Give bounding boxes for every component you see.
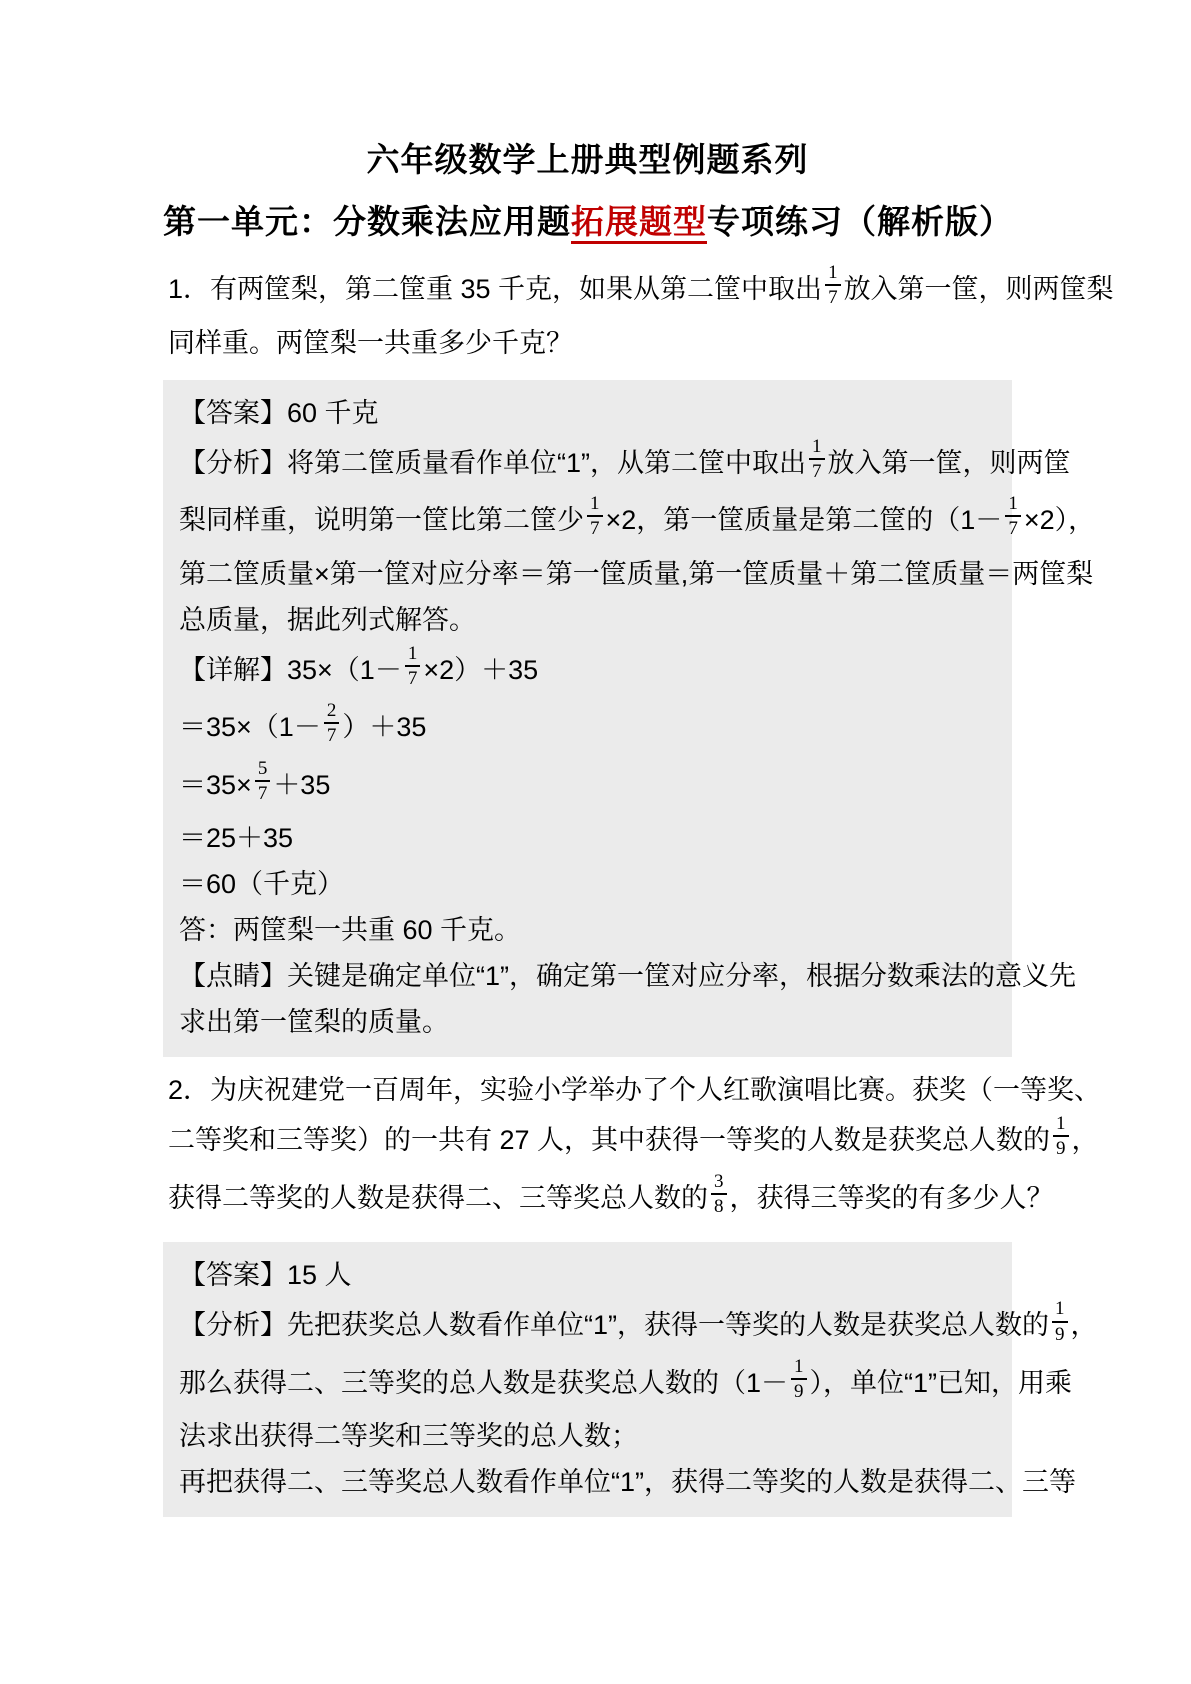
document-page: 六年级数学上册典型例题系列 第一单元：分数乘法应用题拓展题型专项练习（解析版） … (0, 0, 1191, 1684)
fraction: 38 (711, 1171, 727, 1218)
text-line: 【答案】60 千克 (179, 390, 998, 436)
text-run: 求出第一筐梨的质量。 (179, 1007, 449, 1037)
fraction-denominator: 7 (809, 460, 825, 482)
subtitle-highlight: 拓展题型 (571, 203, 707, 244)
text-line: 【点睛】关键是确定单位“1”，确定第一筐对应分率，根据分数乘法的意义先 (179, 953, 998, 999)
text-line: 再把获得二、三等奖总人数看作单位“1”，获得二等奖的人数是获得二、三等 (179, 1459, 998, 1505)
fraction-denominator: 7 (324, 724, 340, 746)
text-run: ＝35× (179, 770, 252, 800)
text-line: 第二筐质量×第一筐对应分率＝第一筐质量,第一筐质量＋第二筐质量＝两筐梨 (179, 551, 998, 597)
text-run: 1．有两筐梨，第二筐重 35 千克，如果从第二筐中取出 (168, 274, 822, 304)
fraction-denominator: 7 (1005, 517, 1021, 539)
fraction-denominator: 8 (711, 1195, 727, 1217)
fraction-denominator: 9 (791, 1380, 807, 1402)
problem-2-question: 2．为庆祝建党一百周年，实验小学举办了个人红歌演唱比赛。获奖（一等奖、二等奖和三… (163, 1067, 1012, 1228)
fraction: 17 (1005, 493, 1021, 540)
fraction-denominator: 9 (1053, 1137, 1069, 1159)
text-line: ＝60（千克） (179, 861, 998, 907)
fraction-numerator: 3 (711, 1171, 727, 1195)
text-run: 同样重。两筐梨一共重多少千克？ (168, 328, 573, 358)
text-line: 梨同样重，说明第一筐比第二筐少17×2，第一筐质量是第二筐的（1－17×2）， (179, 493, 998, 551)
text-run: ＝35×（1－ (179, 712, 321, 742)
text-run: ＋35 (273, 770, 330, 800)
subtitle-suffix: 专项练习（解析版） (707, 203, 1013, 240)
text-run: 法求出获得二等奖和三等奖的总人数； (179, 1421, 638, 1451)
text-line: 1．有两筐梨，第二筐重 35 千克，如果从第二筐中取出17放入第一筐，则两筐梨 (168, 262, 1012, 320)
text-run: ×2）， (1024, 505, 1095, 535)
text-line: ＝35×（1－27）＋35 (179, 700, 998, 758)
fraction-numerator: 1 (791, 1356, 807, 1380)
text-line: 法求出获得二等奖和三等奖的总人数； (179, 1413, 998, 1459)
fraction: 57 (255, 758, 271, 805)
text-run: ×2）＋35 (423, 654, 538, 684)
text-line: 【分析】先把获奖总人数看作单位“1”，获得一等奖的人数是获奖总人数的19， (179, 1298, 998, 1356)
document-content: 六年级数学上册典型例题系列 第一单元：分数乘法应用题拓展题型专项练习（解析版） … (163, 138, 1012, 1527)
text-run: ＝25＋35 (179, 823, 293, 853)
text-run: 【分析】先把获奖总人数看作单位“1”，获得一等奖的人数是获奖总人数的 (179, 1310, 1049, 1340)
text-run: ）＋35 (342, 712, 426, 742)
text-line: 获得二等奖的人数是获得二、三等奖总人数的38，获得三等奖的有多少人？ (168, 1171, 1012, 1229)
text-run: 那么获得二、三等奖的总人数是获奖总人数的（1－ (179, 1368, 788, 1398)
text-run: ＝60（千克） (179, 869, 344, 899)
text-line: 求出第一筐梨的质量。 (179, 999, 998, 1045)
text-run: 答：两筐梨一共重 60 千克。 (179, 915, 521, 945)
document-subtitle: 第一单元：分数乘法应用题拓展题型专项练习（解析版） (163, 200, 1012, 244)
text-run: 【答案】15 人 (179, 1260, 352, 1290)
text-run: ， (1071, 1310, 1098, 1340)
fraction-numerator: 1 (405, 643, 421, 667)
text-run: 【点睛】关键是确定单位“1”，确定第一筐对应分率，根据分数乘法的意义先 (179, 961, 1076, 991)
fraction-denominator: 9 (1052, 1323, 1068, 1345)
text-line: 二等奖和三等奖）的一共有 27 人，其中获得一等奖的人数是获奖总人数的19， (168, 1113, 1012, 1171)
text-run: 再把获得二、三等奖总人数看作单位“1”，获得二等奖的人数是获得二、三等 (179, 1467, 1076, 1497)
fraction: 17 (405, 643, 421, 690)
text-run: 梨同样重，说明第一筐比第二筐少 (179, 505, 584, 535)
text-line: 同样重。两筐梨一共重多少千克？ (168, 320, 1012, 366)
text-run: 【分析】将第二筐质量看作单位“1”，从第二筐中取出 (179, 447, 806, 477)
problem-1-solution: 【答案】60 千克【分析】将第二筐质量看作单位“1”，从第二筐中取出17放入第一… (163, 380, 1012, 1058)
fraction-numerator: 5 (255, 758, 271, 782)
problem-1-question: 1．有两筐梨，第二筐重 35 千克，如果从第二筐中取出17放入第一筐，则两筐梨同… (163, 262, 1012, 366)
text-run: 获得二等奖的人数是获得二、三等奖总人数的 (168, 1183, 708, 1213)
text-line: 【分析】将第二筐质量看作单位“1”，从第二筐中取出17放入第一筐，则两筐 (179, 436, 998, 494)
fraction: 27 (324, 700, 340, 747)
text-line: 【详解】35×（1－17×2）＋35 (179, 643, 998, 701)
text-line: ＝35×57＋35 (179, 758, 998, 816)
fraction-numerator: 1 (809, 436, 825, 460)
text-line: ＝25＋35 (179, 815, 998, 861)
text-run: 【答案】60 千克 (179, 398, 379, 428)
text-run: 总质量，据此列式解答。 (179, 605, 476, 635)
text-run: 2．为庆祝建党一百周年，实验小学举办了个人红歌演唱比赛。获奖（一等奖、 (168, 1075, 1101, 1105)
fraction: 17 (809, 436, 825, 483)
fraction: 17 (825, 262, 841, 309)
fraction-denominator: 7 (825, 286, 841, 308)
subtitle-prefix: 第一单元：分数乘法应用题 (163, 203, 571, 240)
fraction-numerator: 1 (1005, 493, 1021, 517)
fraction: 17 (587, 493, 603, 540)
fraction-numerator: 1 (1053, 1113, 1069, 1137)
fraction-denominator: 7 (587, 517, 603, 539)
document-title: 六年级数学上册典型例题系列 (163, 138, 1012, 182)
fraction: 19 (1053, 1113, 1069, 1160)
text-run: ， (1072, 1125, 1099, 1155)
text-run: ），单位“1”已知，用乘 (810, 1368, 1073, 1398)
text-run: 第二筐质量×第一筐对应分率＝第一筐质量,第一筐质量＋第二筐质量＝两筐梨 (179, 559, 1093, 589)
problem-2-solution: 【答案】15 人【分析】先把获奖总人数看作单位“1”，获得一等奖的人数是获奖总人… (163, 1242, 1012, 1517)
fraction-denominator: 7 (255, 782, 271, 804)
text-run: 【详解】35×（1－ (179, 654, 402, 684)
text-run: 放入第一筐，则两筐 (828, 447, 1071, 477)
fraction-denominator: 7 (405, 667, 421, 689)
text-run: ×2，第一筐质量是第二筐的（1－ (606, 505, 1003, 535)
fraction-numerator: 1 (587, 493, 603, 517)
fraction-numerator: 1 (1052, 1298, 1068, 1322)
fraction-numerator: 1 (825, 262, 841, 286)
text-line: 那么获得二、三等奖的总人数是获奖总人数的（1－19），单位“1”已知，用乘 (179, 1356, 998, 1414)
text-line: 总质量，据此列式解答。 (179, 597, 998, 643)
text-line: 【答案】15 人 (179, 1252, 998, 1298)
text-run: 二等奖和三等奖）的一共有 27 人，其中获得一等奖的人数是获奖总人数的 (168, 1125, 1050, 1155)
text-line: 答：两筐梨一共重 60 千克。 (179, 907, 998, 953)
fraction: 19 (791, 1356, 807, 1403)
fraction-numerator: 2 (324, 700, 340, 724)
text-run: ，获得三等奖的有多少人？ (730, 1183, 1054, 1213)
fraction: 19 (1052, 1298, 1068, 1345)
text-run: 放入第一筐，则两筐梨 (844, 274, 1114, 304)
text-line: 2．为庆祝建党一百周年，实验小学举办了个人红歌演唱比赛。获奖（一等奖、 (168, 1067, 1012, 1113)
